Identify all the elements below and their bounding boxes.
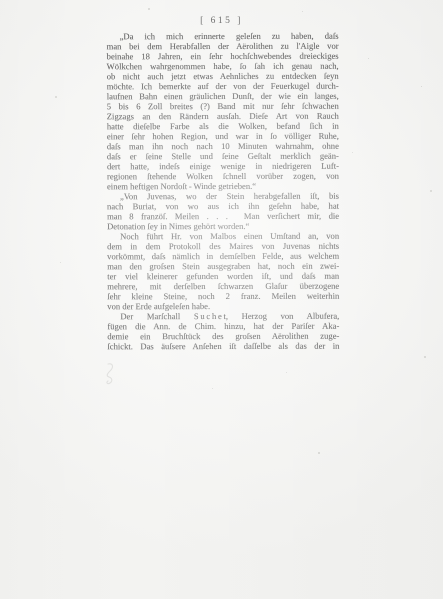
text-line: einer ſehr hohen Region, und war in ſo v… bbox=[107, 131, 339, 142]
paper-speck bbox=[368, 58, 369, 59]
text-line: Zigzags an den Rändern ausſah. Dieſe Art… bbox=[107, 111, 339, 122]
text-line: „Da ich mich erinnerte geleſen zu haben,… bbox=[107, 31, 339, 42]
text-line: möchte. Ich bemerkte auf der von der Feu… bbox=[107, 81, 339, 92]
text-line: man den groſsen Stein ausgegraben hat, n… bbox=[107, 261, 339, 272]
paper-speck bbox=[55, 96, 57, 98]
text-line: Wölkchen wahrgenommen habe, ſo ſah ich g… bbox=[107, 61, 339, 72]
text-line: einem heftigen Nordoſt - Winde getrieben… bbox=[107, 181, 339, 192]
text-line: man bei dem Herabfallen der Aërolithen z… bbox=[107, 41, 339, 52]
paper-speck bbox=[352, 152, 353, 153]
text-line: mehrere, mit derſelben ſchwarzen Glaſur … bbox=[107, 281, 339, 292]
text-line: dem in dem Protokoll des Maires von Juve… bbox=[107, 241, 339, 252]
text-line: daſs man ihn noch nach 10 Minuten wahrna… bbox=[107, 141, 339, 152]
paper-speck bbox=[148, 8, 150, 10]
text-line: ſehr kleine Steine, noch 2 franz. Meilen… bbox=[107, 291, 339, 302]
paper-speck bbox=[212, 388, 213, 389]
text-line: 5 bis 6 Zoll breites (?) Band mit nur ſe… bbox=[107, 101, 339, 112]
paper-speck bbox=[286, 372, 287, 373]
handwritten-mark bbox=[104, 362, 118, 388]
text-line: ob nicht auch jetzt etwas Aehnliches zu … bbox=[107, 71, 339, 82]
text-line: demie ein Bruchſtück des groſsen Aërolit… bbox=[107, 331, 339, 342]
text-line: nach Buriat, von wo aus ich ihn geſehn h… bbox=[107, 201, 339, 212]
text-line: regionen ſtehende Wolken ſchnell vorüber… bbox=[107, 171, 339, 182]
text-line: fügen die Ann. de Chim. hinzu, hat der P… bbox=[107, 321, 339, 332]
paper-speck bbox=[424, 356, 426, 358]
paper-speck bbox=[318, 452, 320, 454]
text-line: ſchickt. Das äuſsere Anſehen iſt daſſelb… bbox=[107, 341, 339, 352]
text-line: beinahe 18 Jahren, ein ſehr hochſchweben… bbox=[107, 51, 339, 62]
book-page: [ 615 ] „Da ich mich erinnerte geleſen z… bbox=[0, 0, 443, 599]
paper-speck bbox=[302, 11, 303, 12]
text-line: laufnen Bahn einen gräulichen Dunſt, der… bbox=[107, 91, 339, 102]
paper-speck bbox=[60, 262, 61, 263]
text-line: Der Marſchall S u c h e t, Herzog von Al… bbox=[107, 311, 339, 322]
text-line: dert hatte, indeſs einige wenige in nied… bbox=[107, 161, 339, 172]
text-line: von der Erde aufgeleſen habe. bbox=[107, 301, 339, 312]
page-number-header: [ 615 ] bbox=[0, 16, 443, 26]
page-text: „Da ich mich erinnerte geleſen zu haben,… bbox=[107, 31, 340, 352]
text-line: „Von Juvenas, wo der Stein herabgefallen… bbox=[107, 191, 339, 202]
paper-speck bbox=[430, 190, 432, 192]
paper-speck bbox=[421, 86, 422, 87]
text-line: Noch führt Hr. von Malbos einen Umſtand … bbox=[107, 231, 339, 242]
text-line: daſs er ſeine Stelle und ſeine Geſtalt m… bbox=[107, 151, 339, 162]
text-line: hatte dieſelbe Farbe als die Wolken, bef… bbox=[107, 121, 339, 132]
text-line: man 8 franzöſ. Meilen . . . Man verſiche… bbox=[107, 211, 339, 222]
text-line: ter viel kleinerer gefunden worden iſt, … bbox=[107, 271, 339, 282]
text-line: vorkömmt, daſs nämlich in demſelben Feld… bbox=[107, 251, 339, 262]
text-line: Detonation ſey in Nimes gehört worden.“ bbox=[107, 221, 339, 232]
